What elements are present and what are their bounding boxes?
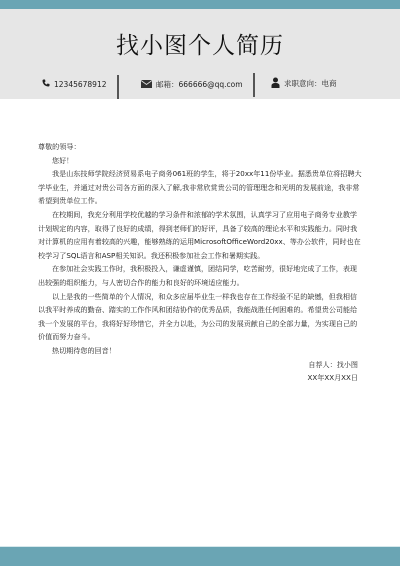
job-intent-text: 求职意向：电商: [284, 78, 337, 89]
signature: 自荐人：找小图: [38, 358, 364, 372]
letter-paragraph: 以上是我的一些简单的个人情况，和众多应届毕业生一样我也存在工作经验不足的缺憾，但…: [38, 290, 364, 344]
contact-phone: 12345678912: [42, 79, 107, 89]
resume-header: 找小图个人简历 12345678912 邮箱：666666@qq.com 求职意…: [0, 9, 400, 99]
letter-paragraph: 我是山东技师学院经济贸易系电子商务061班的学生，将于20xx年11份毕业。据悉…: [38, 167, 364, 208]
letter-paragraph: 在参加社会实践工作时，我积极投入，谦虚谨慎，团结同学，吃苦耐劳，很好地完成了工作…: [38, 262, 364, 289]
date: XX年XX月XX日: [38, 371, 364, 385]
bottom-accent-band: [0, 546, 400, 566]
contact-divider: [253, 73, 255, 97]
phone-number: 12345678912: [54, 80, 107, 89]
letter-paragraph: 在校期间，我充分利用学校优越的学习条件和浓郁的学术氛围，认真学习了应用电子商务专…: [38, 208, 364, 262]
contact-job-intent: 求职意向：电商: [271, 77, 337, 90]
person-icon: [271, 77, 280, 90]
cover-letter: 尊敬的领导： 您好！ 我是山东技师学院经济贸易系电子商务061班的学生，将于20…: [38, 140, 364, 385]
contact-divider: [117, 75, 119, 99]
contact-email: 邮箱：666666@qq.com: [141, 79, 243, 90]
contact-row: 12345678912 邮箱：666666@qq.com 求职意向：电商: [0, 73, 400, 101]
salutation: 尊敬的领导：: [38, 140, 364, 154]
envelope-icon: [141, 80, 152, 90]
closing: 热切期待您的回音！: [38, 344, 364, 358]
top-accent-band: [0, 0, 400, 9]
email-text: 邮箱：666666@qq.com: [156, 79, 243, 90]
phone-icon: [42, 79, 50, 89]
greeting: 您好！: [38, 154, 364, 168]
resume-title: 找小图个人简历: [0, 27, 400, 60]
